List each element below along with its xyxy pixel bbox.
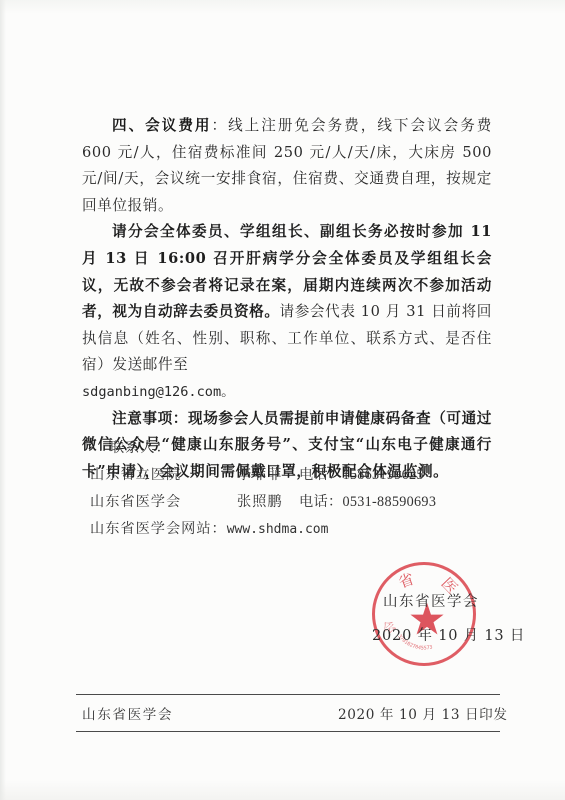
website-link[interactable]: www.shdma.com: [227, 516, 329, 543]
signature-org: 山东省医学会: [383, 590, 479, 611]
contacts-label: 联系人：: [110, 435, 490, 462]
contacts-block: 联系人： 山东省立医院 李菲菲 电话：15863199625 山东省医学会 张照…: [90, 435, 490, 543]
contact-org: 山东省医学会: [90, 489, 237, 516]
footer-print-date: 2020 年 10 月 13 日印发: [338, 703, 508, 723]
footer-rule-top: [76, 694, 500, 695]
contact-phone: 电话：15863199625: [299, 462, 424, 489]
document-page: 四、会议费用：线上注册免会务费，线下会议会务费 600 元/人，住宿费标准间 2…: [0, 0, 565, 800]
email-address: sdganbing@126.com。: [82, 379, 492, 406]
contact-person: 李菲菲: [237, 462, 299, 489]
body-text: 四、会议费用：线上注册免会务费，线下会议会务费 600 元/人，住宿费标准间 2…: [82, 113, 492, 485]
website-label: 山东省医学会网站：: [90, 516, 227, 543]
attendance-notice: 请分会全体委员、学组组长、副组长务必按时参加 11 月 13 日 16:00 召…: [82, 219, 492, 379]
contact-row: 山东省医学会 张照鹏 电话：0531-88590693: [90, 489, 490, 516]
section-meeting-fees: 四、会议费用：线上注册免会务费，线下会议会务费 600 元/人，住宿费标准间 2…: [82, 113, 492, 219]
scan-edge: [0, 0, 6, 800]
contact-row: 山东省立医院 李菲菲 电话：15863199625: [90, 462, 490, 489]
contact-phone: 电话：0531-88590693: [299, 489, 436, 516]
website-row: 山东省医学会网站： www.shdma.com: [90, 516, 490, 543]
contact-person: 张照鹏: [237, 489, 299, 516]
signature-date: 2020 年 10 月 13 日: [372, 624, 525, 645]
footer-rule-bottom: [76, 731, 500, 732]
footer-org: 山东省医学会: [82, 703, 173, 723]
official-seal: 省 医 3701027045573 会: [372, 562, 476, 666]
contact-org: 山东省立医院: [90, 462, 237, 489]
section-heading: 四、会议费用: [112, 117, 212, 134]
